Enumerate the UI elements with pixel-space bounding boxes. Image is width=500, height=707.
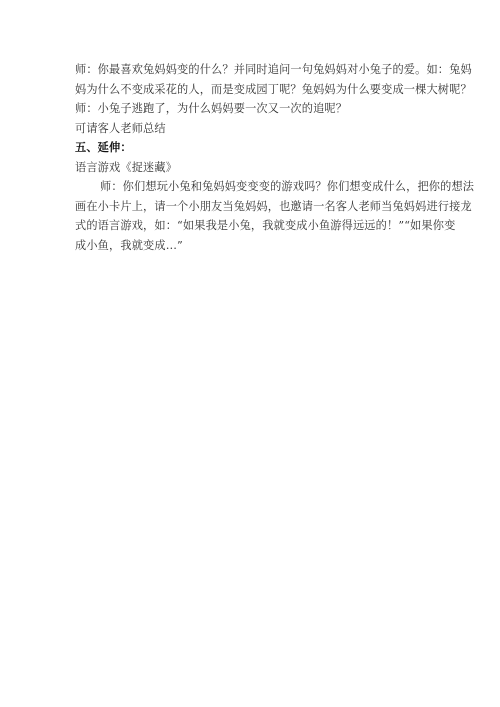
game-title: 语言游戏《捉迷藏》 — [75, 158, 427, 178]
game-paragraph-line: 师：你们想玩小兔和兔妈妈变变变的游戏吗？你们想变成什么，把你的想法 — [75, 177, 427, 197]
section-heading: 五、延伸： — [75, 138, 427, 158]
paragraph-line: 师：你最喜欢兔妈妈变的什么？并同时追问一句兔妈妈对小兔子的爱。如：兔妈 — [75, 60, 427, 80]
document-page: 师：你最喜欢兔妈妈变的什么？并同时追问一句兔妈妈对小兔子的爱。如：兔妈 妈为什么… — [75, 60, 427, 255]
game-paragraph-line: 画在小卡片上，请一个小朋友当兔妈妈，也邀请一名客人老师当兔妈妈进行接龙 — [75, 197, 427, 217]
paragraph-line: 可请客人老师总结 — [75, 119, 427, 139]
paragraph-line: 妈为什么不变成采花的人，而是变成园丁呢？兔妈妈为什么要变成一棵大树呢？ — [75, 80, 427, 100]
game-paragraph-line: 成小鱼，我就变成…” — [75, 236, 427, 256]
game-paragraph-line: 式的语言游戏，如：“如果我是小兔，我就变成小鱼游得远远的！”“如果你变 — [75, 216, 427, 236]
paragraph-line: 师：小兔子逃跑了，为什么妈妈要一次又一次的追呢？ — [75, 99, 427, 119]
